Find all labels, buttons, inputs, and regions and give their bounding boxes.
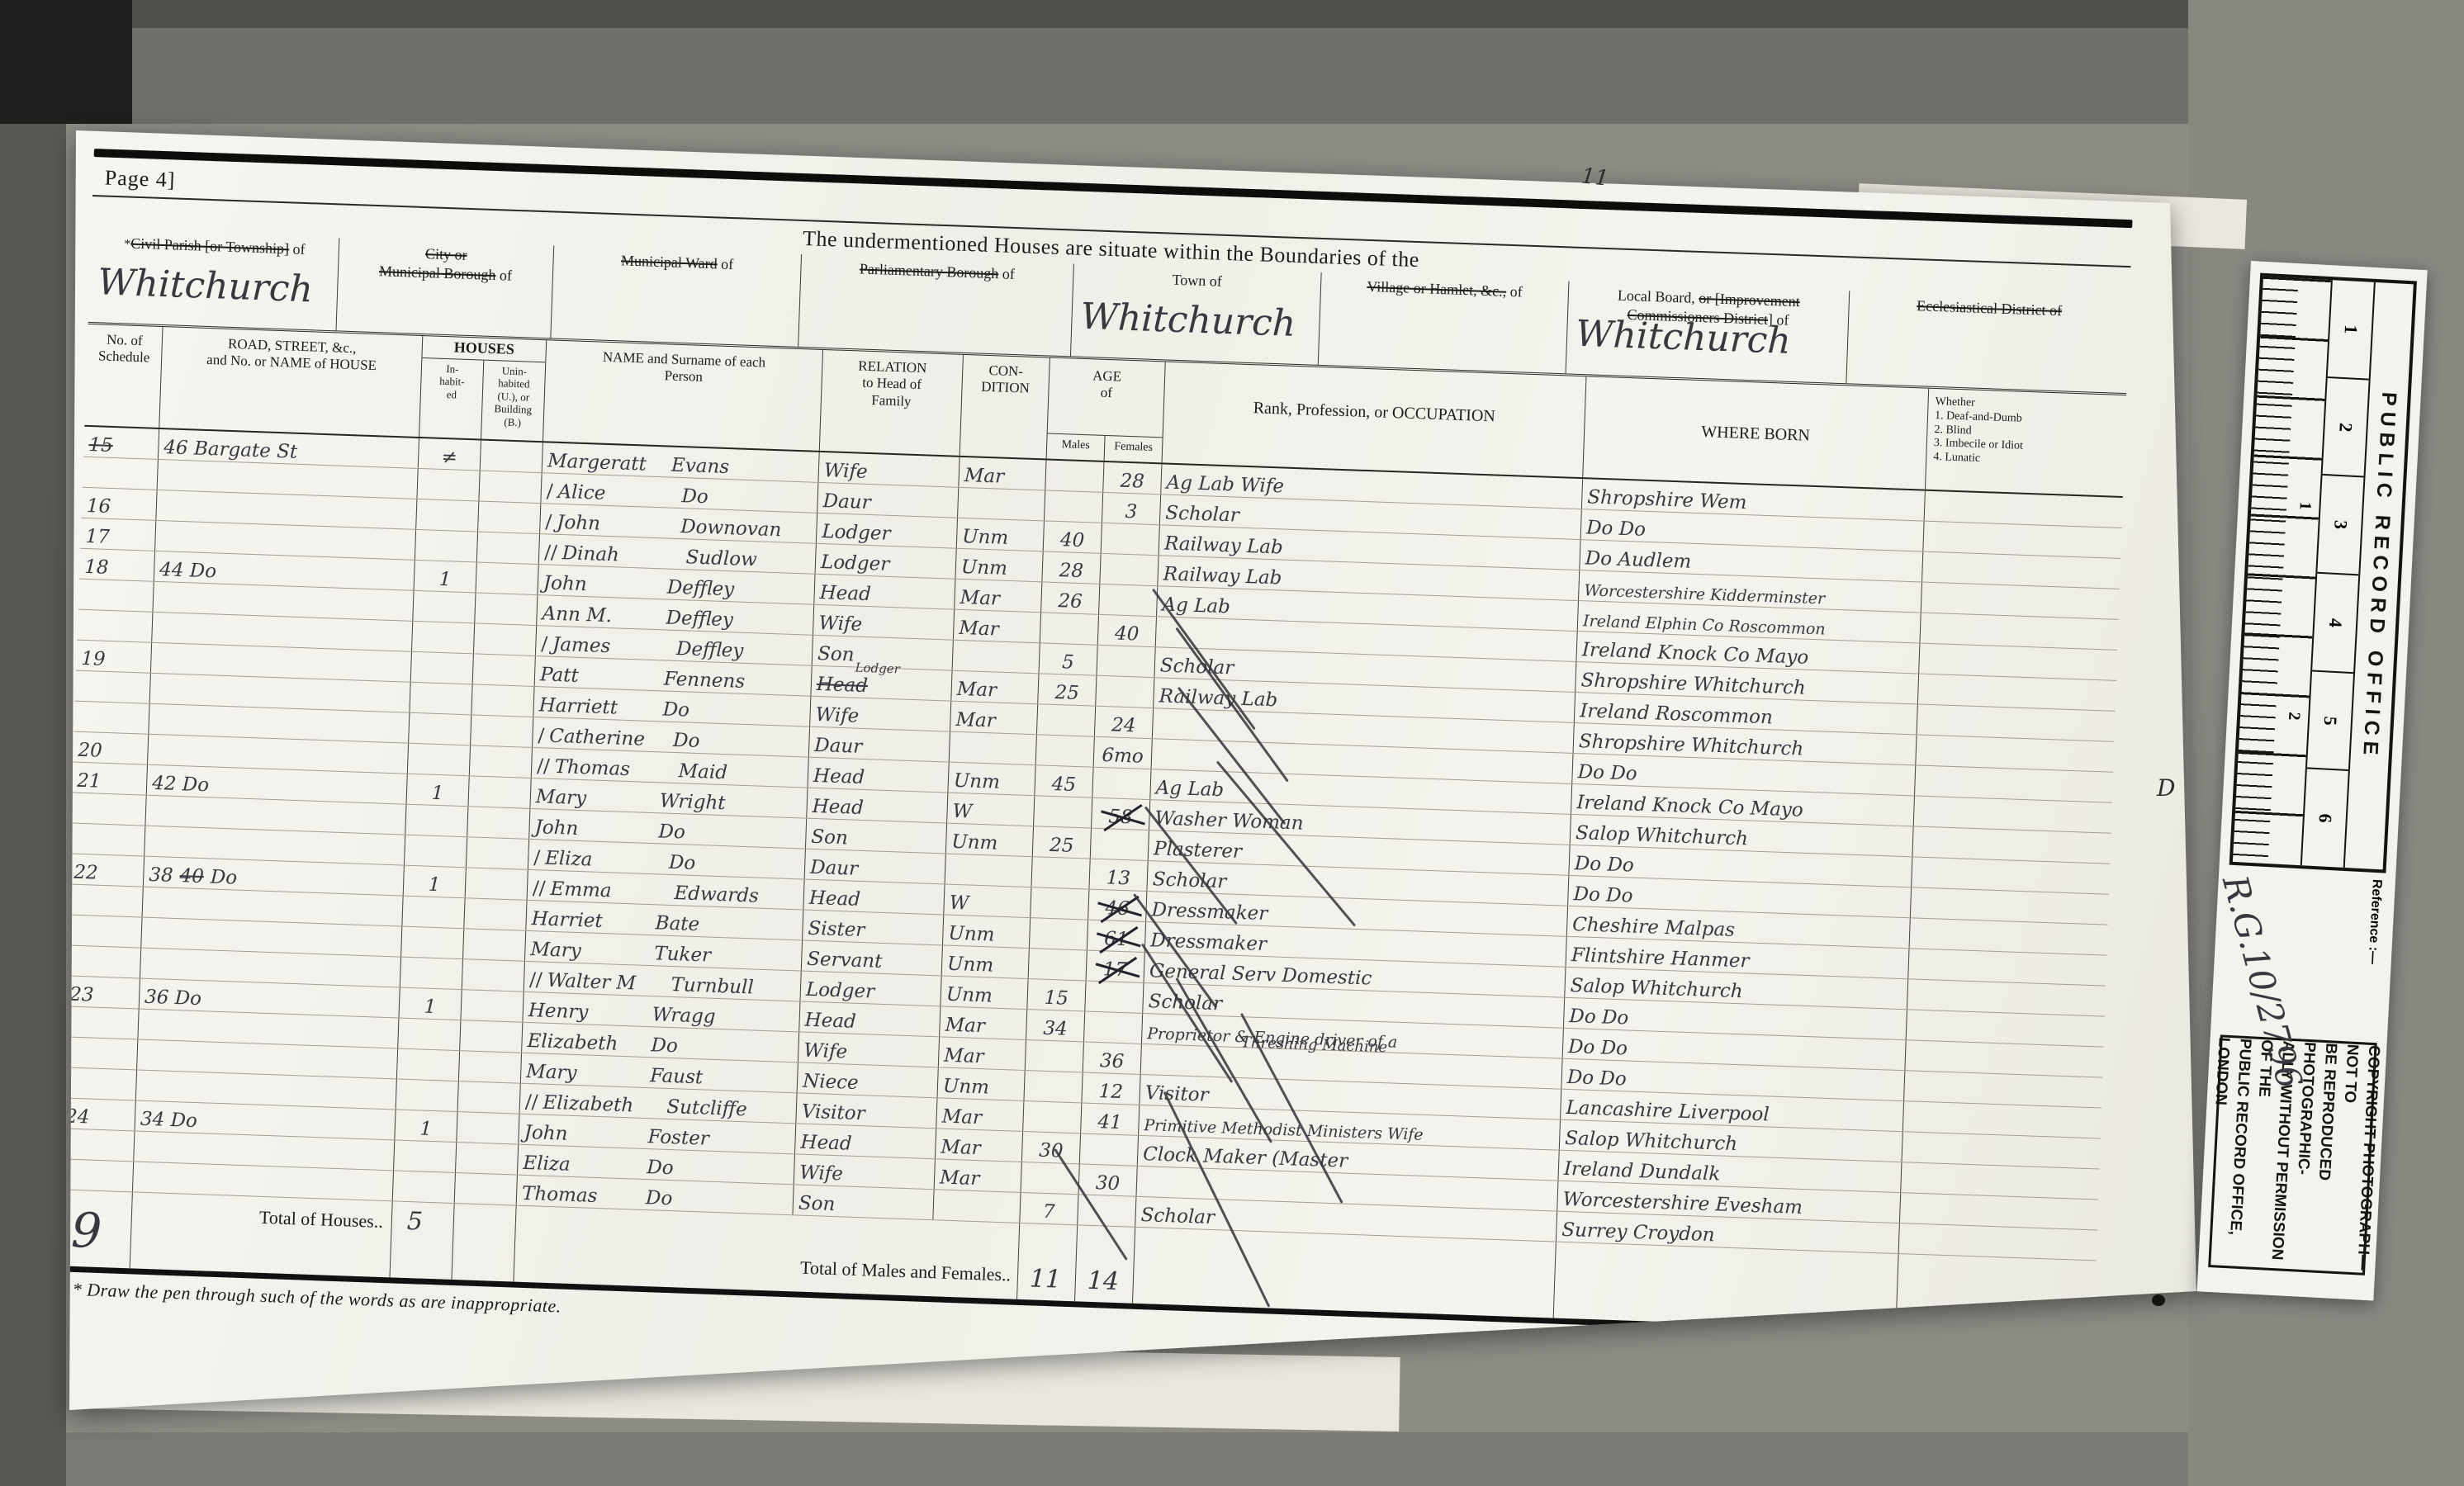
census-form: Page 4] The undermentioned Houses are si… <box>54 149 2132 1370</box>
cell-uninhabited <box>458 1051 521 1083</box>
cell-uninhabited <box>476 532 539 564</box>
cell-age-males: 7 <box>1019 1193 1078 1224</box>
page-number: Page 4] <box>92 165 176 192</box>
cell-age-males <box>1022 1101 1081 1133</box>
cell-inhabited <box>407 744 470 776</box>
cell-age-females: 61 <box>1087 920 1145 952</box>
cell-condition <box>932 1190 1020 1223</box>
handwritten-page-number: 9 <box>70 1202 102 1259</box>
cell-age-males: 30 <box>1021 1132 1080 1163</box>
cell-inhabited <box>405 805 467 837</box>
cell-condition: Mar <box>950 671 1038 704</box>
jurisdiction-municipal-borough: City or Municipal Borough of <box>335 238 553 338</box>
totals-females-cell: 14 <box>1074 1225 1135 1303</box>
cell-schedule: 23 <box>64 976 140 1008</box>
totals-males-cell: 11 <box>1016 1223 1077 1301</box>
cell-schedule: 21 <box>72 763 147 795</box>
cell-age-females: 12 <box>1081 1072 1140 1104</box>
handwritten-town: Whitchurch <box>1080 296 1296 345</box>
cell-age-males <box>1021 1162 1079 1194</box>
cell-age-males: 34 <box>1026 1010 1084 1041</box>
cell-relation: Wife <box>794 1154 935 1189</box>
cell-uninhabited <box>473 623 536 655</box>
totals-schedule-cell: 9 <box>55 1190 132 1268</box>
cell-age-females <box>1079 1133 1138 1165</box>
cell-age-females: 58 <box>1091 798 1149 830</box>
cell-schedule <box>83 457 158 490</box>
cell-condition: W <box>943 884 1031 917</box>
cell-age-males: 40 <box>1043 521 1102 552</box>
cell-condition: Unm <box>937 1067 1025 1100</box>
cell-age-females <box>1092 768 1150 799</box>
cell-age-males <box>1025 1040 1083 1072</box>
cell-relation: Lodger <box>815 544 956 579</box>
cell-schedule: 17 <box>80 518 155 551</box>
cell-inhabited <box>392 1171 455 1203</box>
totals-infirm-cell <box>1895 1254 2096 1337</box>
cell-age-males: 25 <box>1032 826 1091 858</box>
cell-relation: Daur <box>808 727 950 762</box>
cell-relation: Wife <box>798 1032 939 1067</box>
cell-age-males: 45 <box>1034 765 1092 797</box>
cell-age-females: 3 <box>1102 493 1160 524</box>
handwritten-local-board: Whitchurch <box>1575 313 1791 362</box>
cell-schedule: 22 <box>69 854 144 886</box>
cell-schedule: 19 <box>76 641 151 673</box>
cell-condition: Unm <box>940 976 1027 1009</box>
cell-age-males <box>1023 1071 1082 1102</box>
col-age-title: AGE of <box>1048 358 1165 438</box>
cell-schedule: 20 <box>73 732 148 764</box>
cell-relation: Sister <box>802 911 943 945</box>
cell-relation: Head <box>808 758 949 793</box>
cell-uninhabited <box>474 593 537 625</box>
cell-condition <box>952 641 1040 674</box>
cell-uninhabited <box>463 898 526 930</box>
photo-background-bottom <box>0 1432 2464 1486</box>
cell-inhabited: ≠ <box>418 438 481 471</box>
cell-inhabited <box>400 958 462 990</box>
cell-relation: Son <box>792 1185 933 1219</box>
ruler-cm-number: 2 <box>2284 712 2303 721</box>
cell-schedule: 24 <box>60 1098 135 1130</box>
cell-schedule: 15 <box>83 427 159 459</box>
jurisdiction-parliamentary-borough: Parliamentary Borough of <box>798 254 1073 356</box>
cell-inhabited <box>410 652 473 684</box>
cell-schedule <box>59 1129 134 1161</box>
cell-schedule <box>68 884 143 916</box>
cell-age-females: 13 <box>1088 859 1147 891</box>
cell-schedule <box>69 824 145 856</box>
cell-inhabited: 1 <box>403 866 466 898</box>
cell-age-males <box>1028 949 1087 980</box>
paper-surface: Page 4] The undermentioned Houses are si… <box>66 116 2213 1424</box>
cell-schedule: 16 <box>81 488 156 520</box>
cell-condition <box>949 732 1036 765</box>
col-occupation: Rank, Profession, or OCCUPATION <box>1162 362 1586 477</box>
cell-schedule <box>61 1067 136 1100</box>
cell-relation: Head <box>803 880 944 915</box>
cell-condition: Unm <box>945 824 1033 857</box>
cell-uninhabited <box>471 684 533 717</box>
cell-uninhabited <box>472 654 535 686</box>
cell-relation: HeadLodger <box>810 666 951 701</box>
cell-condition: Mar <box>938 1037 1026 1070</box>
jurisdiction-ecclesiastical-district: Ecclesiastical District of <box>1846 291 2130 393</box>
cell-age-females <box>1098 584 1157 616</box>
cell-schedule <box>78 580 154 612</box>
cell-condition: Mar <box>935 1129 1022 1162</box>
cell-age-females: 30 <box>1078 1164 1137 1195</box>
cell-inhabited <box>409 683 471 715</box>
cell-age-females: 40 <box>1097 615 1156 646</box>
cell-relation: Wife <box>817 452 959 487</box>
cell-schedule <box>58 1159 133 1191</box>
cell-age-females: 41 <box>1080 1103 1139 1134</box>
pro-ruler: 12 123456 PUBLIC RECORD OFFICE <box>2229 273 2417 873</box>
cell-uninhabited <box>478 471 541 504</box>
cell-relation: Lodger <box>816 513 957 548</box>
ruler-inch-number: 1 <box>2328 280 2374 380</box>
cell-uninhabited <box>456 1112 519 1144</box>
total-houses-value: 5 <box>406 1207 423 1237</box>
cell-age-females <box>1083 1011 1142 1043</box>
totals-uninhabited-cell <box>451 1204 515 1282</box>
cell-age-males <box>1040 613 1098 644</box>
cell-uninhabited <box>469 745 532 778</box>
cell-relation: Daur <box>804 849 945 884</box>
cell-inhabited <box>415 530 477 562</box>
cell-schedule <box>66 915 141 947</box>
total-males-value: 11 <box>1029 1264 1061 1294</box>
cell-age-males <box>1033 796 1092 827</box>
cell-age-females: 46 <box>1087 890 1146 921</box>
jurisdiction-town: Town ofWhitchurch <box>1070 263 1321 364</box>
cell-condition: Mar <box>950 702 1037 735</box>
cell-relation: Niece <box>797 1062 938 1097</box>
cell-uninhabited <box>455 1143 518 1175</box>
cell-condition: Mar <box>936 1098 1023 1131</box>
cell-uninhabited <box>470 715 533 747</box>
cell-schedule <box>62 1037 137 1069</box>
col-condition: CON- DITION <box>960 355 1050 459</box>
cell-age-males: 5 <box>1039 643 1097 674</box>
cell-age-males <box>1031 857 1089 888</box>
cell-uninhabited <box>462 959 524 991</box>
total-females-value: 14 <box>1087 1266 1119 1296</box>
cell-inhabited <box>415 499 478 532</box>
cell-inhabited: 1 <box>398 988 461 1020</box>
cell-relation: Head <box>798 1001 940 1036</box>
cell-schedule: 18 <box>79 549 154 581</box>
cell-age-females <box>1099 554 1158 585</box>
cell-age-males: 25 <box>1037 674 1096 705</box>
stray-mark-top: 11 <box>1580 163 1610 191</box>
col-relation: RELATION to Head of Family <box>819 350 963 456</box>
cell-age-females: 24 <box>1094 707 1153 738</box>
col-name: NAME and Surname of each Person <box>543 340 822 451</box>
cell-age-females: 6mo <box>1093 737 1152 769</box>
cell-schedule <box>75 671 150 703</box>
cell-inhabited: 1 <box>414 561 476 593</box>
col-born: WHERE BORN <box>1582 376 1928 489</box>
cell-inhabited <box>397 1019 460 1051</box>
ink-blot <box>2152 1294 2165 1306</box>
col-houses: HOUSES In- habit- ed Unin- habited (U.),… <box>419 336 546 441</box>
cell-inhabited: 1 <box>394 1110 457 1142</box>
col-uninhabited: Unin- habited (U.), or Building (B.) <box>481 360 545 441</box>
cell-uninhabited <box>454 1173 517 1205</box>
cell-condition: W <box>946 793 1034 826</box>
cell-age-females <box>1096 646 1154 677</box>
cell-age-females: 17 <box>1086 951 1144 982</box>
cell-age-males <box>1036 704 1095 736</box>
cell-inhabited <box>396 1079 458 1111</box>
reference-area: Reference :— R.G.10/2796 <box>2220 865 2386 1044</box>
cell-age-females: 36 <box>1083 1042 1141 1073</box>
census-photo-page: { "page": { "page_label": "Page 4]", "ti… <box>0 0 2464 1486</box>
cell-relation: Wife <box>809 697 950 731</box>
photo-dark-corner <box>0 0 132 124</box>
cell-relation: Head <box>806 788 947 823</box>
cell-inhabited <box>404 835 467 868</box>
cell-age-males: 26 <box>1040 582 1099 613</box>
handwritten-civil-parish: Whitchurch <box>97 261 313 310</box>
cell-schedule <box>73 702 149 734</box>
cell-schedule <box>65 945 140 977</box>
cell-condition: Unm <box>947 763 1035 796</box>
reference-label: Reference :— <box>2365 879 2384 965</box>
cell-inhabited <box>408 713 471 745</box>
cell-uninhabited <box>462 929 525 961</box>
cell-age-females <box>1095 676 1154 708</box>
photo-background-left <box>0 0 66 1486</box>
stray-mark-margin: D <box>2157 774 2175 802</box>
census-sheet: Page 4] The undermentioned Houses are si… <box>66 116 2213 1424</box>
cell-condition: Mar <box>953 610 1040 643</box>
cell-relation: Lodger <box>799 971 941 1006</box>
cell-condition <box>957 488 1045 521</box>
ruler-inch-number: 5 <box>2307 671 2353 771</box>
pro-label-strip: 12 123456 PUBLIC RECORD OFFICE Reference… <box>2251 261 2428 1293</box>
col-age: AGE of Males Females <box>1046 358 1165 463</box>
totals-inhabited-cell: 5 <box>389 1201 453 1280</box>
cell-uninhabited <box>466 837 528 869</box>
cell-uninhabited <box>467 776 530 808</box>
jurisdiction-village-hamlet: Village or Hamlet, &c., of <box>1318 272 1569 373</box>
cell-inhabited: 1 <box>406 774 469 807</box>
cell-inhabited <box>400 927 463 959</box>
col-infirmities: Whether 1. Deaf-and-Dumb 2. Blind 3. Imb… <box>1925 389 2126 496</box>
cell-age-females <box>1084 982 1143 1013</box>
cell-age-males <box>1045 460 1103 491</box>
cell-age-females <box>1090 829 1149 860</box>
ruler-inch-number: 6 <box>2302 769 2348 868</box>
col-road: ROAD, STREET, &c., and No. or NAME of HO… <box>159 327 422 437</box>
cell-condition: Mar <box>954 580 1041 613</box>
cell-inhabited <box>401 897 464 929</box>
cell-relation: Visitor <box>795 1093 936 1128</box>
cell-relation: Wife <box>813 605 954 640</box>
cell-age-females: 28 <box>1102 462 1161 494</box>
cell-relation: Daur <box>817 483 958 518</box>
cell-condition: Unm <box>941 945 1029 978</box>
jurisdiction-civil-parish: *Civil Parish [or Township] ofWhitchurch <box>88 230 339 330</box>
cell-age-males <box>1044 490 1102 522</box>
cell-relation: Son <box>805 819 946 854</box>
ruler-inch-number: 2 <box>2322 378 2368 478</box>
cell-inhabited <box>393 1140 456 1172</box>
cell-inhabited <box>412 591 475 623</box>
cell-relation: Servant <box>801 940 942 975</box>
jurisdiction-local-board: Local Board, or [Improvement Commissione… <box>1566 281 1850 383</box>
ruler-cm-number: 1 <box>2295 501 2314 510</box>
cell-condition: Unm <box>942 915 1030 948</box>
cell-age-females <box>1101 523 1159 555</box>
total-mf-label: Total of Males and Females.. <box>800 1257 1012 1286</box>
cell-condition: Unm <box>956 518 1044 551</box>
total-houses-label: Total of Houses.. <box>258 1207 383 1233</box>
cell-uninhabited <box>457 1081 520 1114</box>
cell-age-males <box>1035 735 1094 766</box>
census-rows: 1546 Bargate St≠MargerattEvansWifeMar28A… <box>58 427 2123 1261</box>
cell-inhabited <box>416 469 479 501</box>
cell-uninhabited <box>467 807 529 839</box>
cell-age-males <box>1029 918 1087 949</box>
cell-uninhabited <box>480 441 543 473</box>
cell-schedule <box>63 1006 138 1039</box>
cell-age-males <box>1030 887 1088 919</box>
col-schedule: No. of Schedule <box>84 324 162 428</box>
totals-occupation-cell <box>1132 1228 1556 1318</box>
cell-condition: Mar <box>958 457 1045 490</box>
cell-relation: Head <box>813 575 955 609</box>
cell-condition: Unm <box>955 549 1042 582</box>
photo-background-top-edge <box>0 0 2464 28</box>
cell-relation: Head <box>794 1124 936 1158</box>
col-inhabited: In- habit- ed <box>419 358 483 439</box>
cell-age-males: 15 <box>1026 979 1085 1010</box>
ruler-inch-number: 4 <box>2312 574 2358 674</box>
jurisdiction-municipal-ward: Municipal Ward of <box>550 245 801 346</box>
cell-schedule <box>77 610 152 642</box>
cell-uninhabited <box>476 562 538 594</box>
cell-uninhabited <box>459 1020 522 1053</box>
col-age-females: Females <box>1104 436 1163 462</box>
cell-condition <box>945 854 1032 887</box>
cell-condition: Mar <box>934 1159 1021 1192</box>
cell-uninhabited <box>477 502 540 534</box>
cell-uninhabited <box>465 868 528 900</box>
cell-uninhabited <box>460 990 523 1022</box>
ruler-inch-number: 3 <box>2317 476 2363 575</box>
cell-age-males: 28 <box>1041 551 1100 583</box>
col-age-males: Males <box>1047 434 1105 461</box>
cell-inhabited <box>411 622 474 654</box>
cell-schedule <box>70 793 145 826</box>
totals-born-cell <box>1553 1242 1898 1330</box>
totals-houses-cell: Total of Houses.. <box>130 1192 392 1277</box>
cell-condition: Mar <box>939 1006 1026 1039</box>
cell-inhabited <box>396 1048 459 1081</box>
